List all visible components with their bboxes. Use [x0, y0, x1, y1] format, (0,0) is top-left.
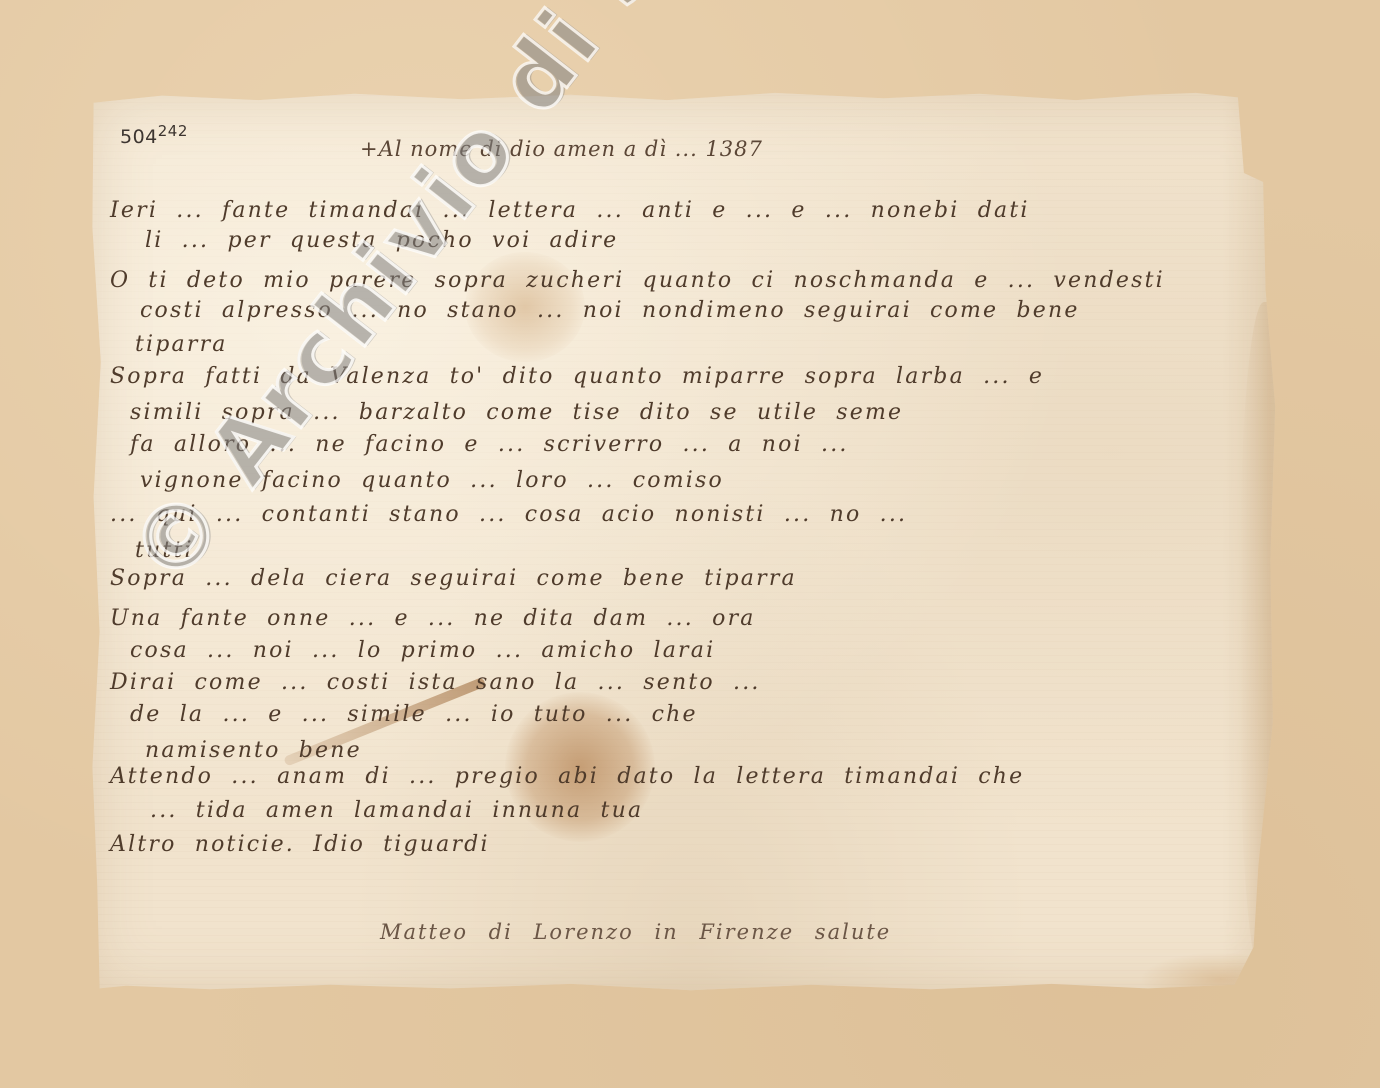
body-line: ... tida amen lamandai innuna tua [150, 798, 643, 823]
body-line: vignone facino quanto ... loro ... comis… [140, 468, 724, 493]
body-line: ... qui ... contanti stano ... cosa acio… [110, 502, 907, 527]
body-line: Sopra fatti da Valenza to' dito quanto m… [110, 364, 1044, 389]
signature-line: Matteo di Lorenzo in Firenze salute [380, 920, 891, 944]
body-line: Dirai come ... costi ista sano la ... se… [110, 670, 761, 695]
body-line: li ... per questa pocho voi adire [145, 228, 618, 253]
body-line: de la ... e ... simile ... io tuto ... c… [130, 702, 698, 727]
body-line: costi alpresso ... no stano ... noi nond… [140, 298, 1080, 323]
body-line: simili sopra ... barzalto come tise dito… [130, 400, 903, 425]
body-line: Altro noticie. Idio tiguardi [110, 832, 490, 857]
body-line: Attendo ... anam di ... pregio abi dato … [110, 764, 1024, 789]
body-line: O ti deto mio parere sopra zucheri quant… [110, 268, 1165, 293]
letter-sheet: 504242 +Al nome di dio amen a dì ... 138… [90, 92, 1292, 992]
body-line: tutti [135, 538, 194, 563]
body-line: fa alloro ... ne facino e ... scriverro … [130, 432, 849, 457]
body-line: tiparra [135, 332, 228, 357]
body-line: Sopra ... dela ciera seguirai come bene … [110, 566, 797, 591]
body-line: namisento bene [145, 738, 362, 763]
body-line: cosa ... noi ... lo primo ... amicho lar… [130, 638, 715, 663]
letter-body: Ieri ... fante timandai ... lettera ... … [90, 92, 1292, 992]
body-line: Ieri ... fante timandai ... lettera ... … [110, 198, 1030, 223]
body-line: Una fante onne ... e ... ne dita dam ...… [110, 606, 756, 631]
